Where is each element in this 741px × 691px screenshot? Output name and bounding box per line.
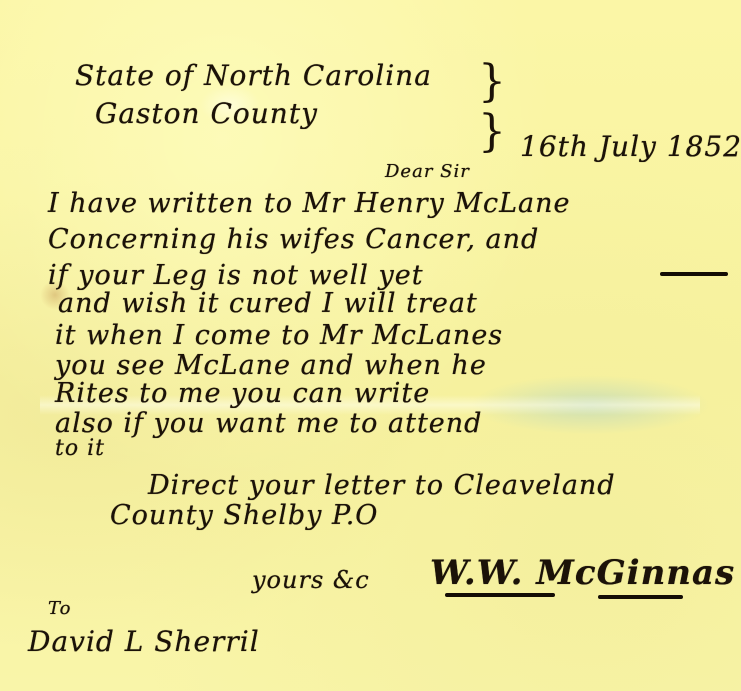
body-line: to it xyxy=(55,438,105,460)
postscript-line: Direct your letter to Cleaveland xyxy=(148,472,616,499)
letter-page: State of North Carolina Gaston County } … xyxy=(0,0,741,691)
body-line: if your Leg is not well yet xyxy=(48,262,424,289)
signature-underline xyxy=(445,593,555,597)
closing: yours &c xyxy=(252,568,370,592)
body-line: Concerning his wifes Cancer, and xyxy=(48,226,539,253)
ink-blot-stain xyxy=(470,375,710,435)
body-line: I have written to Mr Henry McLane xyxy=(48,190,571,217)
signature-underline xyxy=(598,595,683,599)
postscript-line: County Shelby P.O xyxy=(110,502,378,529)
heading-brace: } xyxy=(478,60,506,104)
body-line: also if you want me to attend xyxy=(55,410,482,437)
heading-county: Gaston County xyxy=(95,100,318,128)
signature: W.W. McGinnas xyxy=(430,556,735,590)
body-line: Rites to me you can write xyxy=(55,380,430,407)
addressee: David L Sherril xyxy=(28,628,260,656)
body-line: and wish it cured I will treat xyxy=(58,290,478,317)
salutation: Dear Sir xyxy=(385,163,470,181)
heading-brace: } xyxy=(478,110,506,154)
pen-stroke xyxy=(660,272,728,276)
letter-date: 16th July 1852 xyxy=(520,133,741,161)
addressee-prefix: To xyxy=(48,600,71,618)
body-line: it when I come to Mr McLanes xyxy=(55,322,503,349)
heading-state: State of North Carolina xyxy=(75,62,432,90)
body-line: you see McLane and when he xyxy=(55,352,487,379)
